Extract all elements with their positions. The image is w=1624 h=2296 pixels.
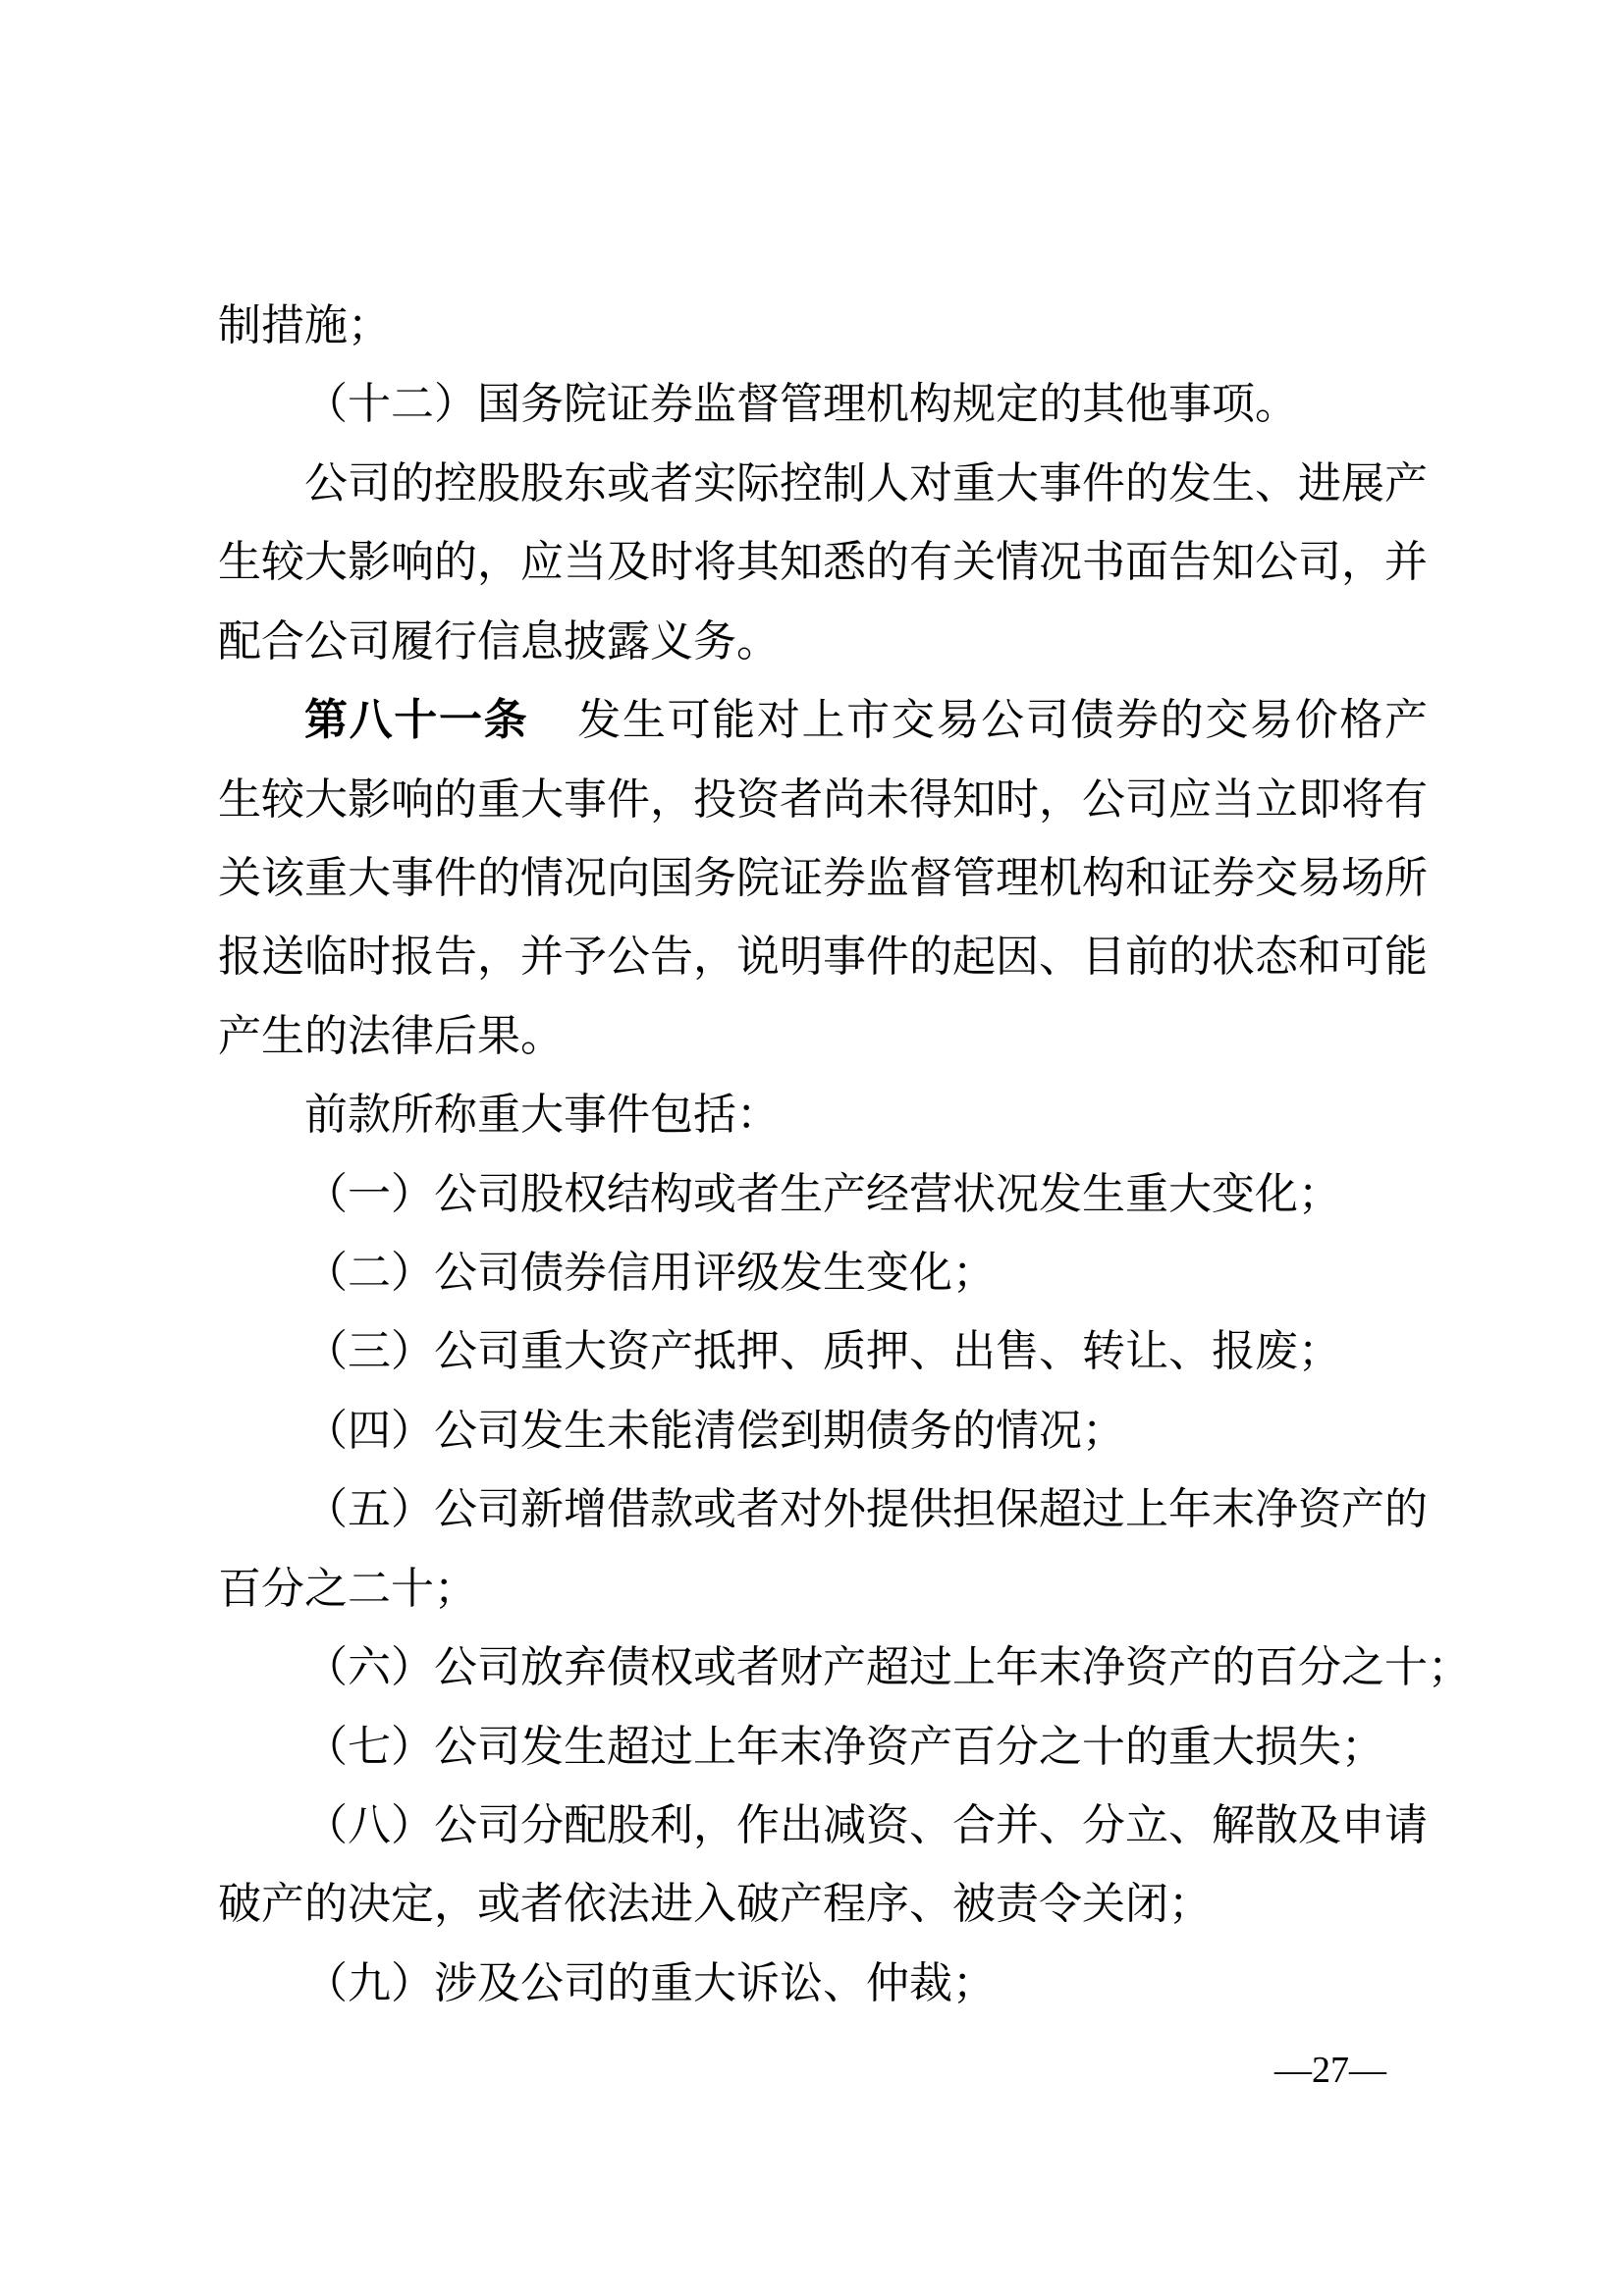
text-line: （一）公司股权结构或者生产经营状况发生重大变化； xyxy=(218,1155,1428,1234)
text-line: 制措施； xyxy=(218,287,1428,365)
paragraph-major-events-intro: 前款所称重大事件包括： xyxy=(218,1076,1428,1154)
document-page: 制措施； （十二）国务院证券监督管理机构规定的其他事项。 公司的控股股东或者实际… xyxy=(0,0,1624,2296)
article-text: 发生可能对上市交易公司债券的交易价格产 xyxy=(577,695,1428,745)
article-81: 第八十一条发生可能对上市交易公司债券的交易价格产 生较大影响的重大事件，投资者尚… xyxy=(218,681,1428,1076)
list-item-6: （六）公司放弃债权或者财产超过上年末净资产的百分之十； xyxy=(218,1629,1428,1707)
text-line: （三）公司重大资产抵押、质押、出售、转让、报废； xyxy=(218,1312,1428,1391)
text-line: （四）公司发生未能清偿到期债务的情况； xyxy=(218,1392,1428,1470)
text-line: 百分之二十； xyxy=(218,1550,1428,1629)
text-line: 关该重大事件的情况向国务院证券监督管理机构和证券交易场所 xyxy=(218,839,1428,918)
text-line: （五）公司新增借款或者对外提供担保超过上年末净资产的 xyxy=(218,1470,1428,1549)
article-number: 第八十一条 xyxy=(304,695,528,745)
page-number: —27— xyxy=(1274,2052,1386,2089)
list-item-2: （二）公司债券信用评级发生变化； xyxy=(218,1234,1428,1312)
text-line: 前款所称重大事件包括： xyxy=(218,1076,1428,1154)
text-line: （七）公司发生超过上年末净资产百分之十的重大损失； xyxy=(218,1708,1428,1787)
list-item-9: （九）涉及公司的重大诉讼、仲裁； xyxy=(218,1945,1428,2023)
text-line: （十二）国务院证券监督管理机构规定的其他事项。 xyxy=(218,365,1428,444)
list-item-7: （七）公司发生超过上年末净资产百分之十的重大损失； xyxy=(218,1708,1428,1787)
text-line: 配合公司履行信息披露义务。 xyxy=(218,603,1428,681)
list-item-4: （四）公司发生未能清偿到期债务的情况； xyxy=(218,1392,1428,1470)
document-body: 制措施； （十二）国务院证券监督管理机构规定的其他事项。 公司的控股股东或者实际… xyxy=(218,287,1428,2023)
list-item-5: （五）公司新增借款或者对外提供担保超过上年末净资产的 百分之二十； xyxy=(218,1470,1428,1629)
list-item-12: （十二）国务院证券监督管理机构规定的其他事项。 xyxy=(218,365,1428,444)
list-item-3: （三）公司重大资产抵押、质押、出售、转让、报废； xyxy=(218,1312,1428,1391)
text-line: （二）公司债券信用评级发生变化； xyxy=(218,1234,1428,1312)
text-line: 报送临时报告，并予公告，说明事件的起因、目前的状态和可能 xyxy=(218,918,1428,996)
text-line: （八）公司分配股利，作出减资、合并、分立、解散及申请 xyxy=(218,1787,1428,1865)
text-line: 生较大影响的，应当及时将其知悉的有关情况书面告知公司，并 xyxy=(218,523,1428,602)
text-line: 产生的法律后果。 xyxy=(218,997,1428,1076)
text-line: 生较大影响的重大事件，投资者尚未得知时，公司应当立即将有 xyxy=(218,761,1428,839)
text-line: 第八十一条发生可能对上市交易公司债券的交易价格产 xyxy=(218,681,1428,760)
list-item-1: （一）公司股权结构或者生产经营状况发生重大变化； xyxy=(218,1155,1428,1234)
list-item-8: （八）公司分配股利，作出减资、合并、分立、解散及申请 破产的决定，或者依法进入破… xyxy=(218,1787,1428,1945)
text-line: 公司的控股股东或者实际控制人对重大事件的发生、进展产 xyxy=(218,445,1428,523)
paragraph-controlling-shareholder: 公司的控股股东或者实际控制人对重大事件的发生、进展产 生较大影响的，应当及时将其… xyxy=(218,445,1428,681)
text-line: 破产的决定，或者依法进入破产程序、被责令关闭； xyxy=(218,1865,1428,1944)
text-line: （九）涉及公司的重大诉讼、仲裁； xyxy=(218,1945,1428,2023)
text-line: （六）公司放弃债权或者财产超过上年末净资产的百分之十； xyxy=(218,1629,1428,1707)
paragraph-continuation: 制措施； xyxy=(218,287,1428,365)
